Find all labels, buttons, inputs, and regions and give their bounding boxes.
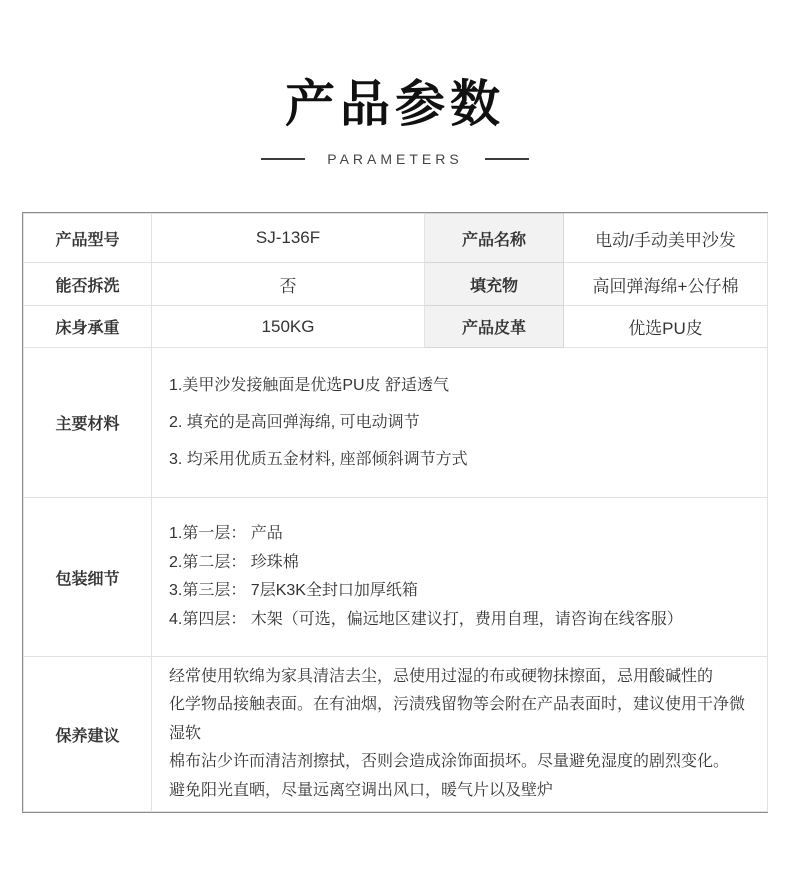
detail-line: 2.第二层： 珍珠棉 bbox=[169, 549, 757, 578]
spec-value: 150KG bbox=[152, 306, 425, 348]
page-subtitle: PARAMETERS bbox=[327, 151, 462, 167]
detail-line: 3.第三层： 7层K3K全封口加厚纸箱 bbox=[169, 577, 757, 606]
detail-line: 避免阳光直晒，尽量远离空调出风口，暖气片以及壁炉 bbox=[169, 777, 757, 806]
detail-line: 化学物品接触表面。在有油烟，污渍残留物等会附在产品表面时，建议使用干净微湿软 bbox=[169, 691, 757, 748]
detail-line: 棉布沾少许而清洁剂擦拭，否则会造成涂饰面损坏。尽量避免湿度的剧烈变化。 bbox=[169, 748, 757, 777]
page-subtitle-row: PARAMETERS bbox=[0, 151, 790, 167]
spec-detail-cell: 经常使用软绵为家具清洁去尘，忌使用过湿的布或硬物抹擦面，忌用酸碱性的 化学物品接… bbox=[152, 657, 768, 812]
right-dash-divider bbox=[485, 158, 529, 160]
spec-value: 高回弹海绵+公仔棉 bbox=[564, 263, 768, 306]
page-header: 产品参数 PARAMETERS bbox=[0, 78, 790, 167]
spec-label: 主要材料 bbox=[24, 348, 152, 498]
table-row: 床身承重 150KG 产品皮革 优选PU皮 bbox=[24, 306, 768, 348]
detail-line: 1.美甲沙发接触面是优选PU皮 舒适透气 bbox=[169, 367, 757, 404]
spec-value: SJ-136F bbox=[152, 214, 425, 263]
spec-label: 床身承重 bbox=[24, 306, 152, 348]
detail-line: 经常使用软绵为家具清洁去尘，忌使用过湿的布或硬物抹擦面，忌用酸碱性的 bbox=[169, 663, 757, 692]
spec-detail-cell: 1.第一层： 产品 2.第二层： 珍珠棉 3.第三层： 7层K3K全封口加厚纸箱… bbox=[152, 498, 768, 657]
spec-label: 产品皮革 bbox=[425, 306, 564, 348]
table-row: 包装细节 1.第一层： 产品 2.第二层： 珍珠棉 3.第三层： 7层K3K全封… bbox=[24, 498, 768, 657]
spec-value: 优选PU皮 bbox=[564, 306, 768, 348]
spec-table: 产品型号 SJ-136F 产品名称 电动/手动美甲沙发 能否拆洗 否 填充物 高… bbox=[22, 212, 768, 813]
spec-value: 电动/手动美甲沙发 bbox=[564, 214, 768, 263]
spec-label: 包装细节 bbox=[24, 498, 152, 657]
detail-line: 1.第一层： 产品 bbox=[169, 520, 757, 549]
spec-label: 产品型号 bbox=[24, 214, 152, 263]
table-row: 产品型号 SJ-136F 产品名称 电动/手动美甲沙发 bbox=[24, 214, 768, 263]
detail-line: 2. 填充的是高回弹海绵, 可电动调节 bbox=[169, 404, 757, 441]
spec-detail-cell: 1.美甲沙发接触面是优选PU皮 舒适透气 2. 填充的是高回弹海绵, 可电动调节… bbox=[152, 348, 768, 498]
table-row: 主要材料 1.美甲沙发接触面是优选PU皮 舒适透气 2. 填充的是高回弹海绵, … bbox=[24, 348, 768, 498]
left-dash-divider bbox=[261, 158, 305, 160]
spec-value: 否 bbox=[152, 263, 425, 306]
table-row: 能否拆洗 否 填充物 高回弹海绵+公仔棉 bbox=[24, 263, 768, 306]
table-row: 保养建议 经常使用软绵为家具清洁去尘，忌使用过湿的布或硬物抹擦面，忌用酸碱性的 … bbox=[24, 657, 768, 812]
detail-line: 3. 均采用优质五金材料, 座部倾斜调节方式 bbox=[169, 441, 757, 478]
page-title: 产品参数 bbox=[0, 78, 790, 130]
spec-label: 产品名称 bbox=[425, 214, 564, 263]
spec-label: 能否拆洗 bbox=[24, 263, 152, 306]
detail-line: 4.第四层： 木架（可选，偏远地区建议打，费用自理，请咨询在线客服） bbox=[169, 606, 757, 635]
spec-label: 填充物 bbox=[425, 263, 564, 306]
spec-label: 保养建议 bbox=[24, 657, 152, 812]
